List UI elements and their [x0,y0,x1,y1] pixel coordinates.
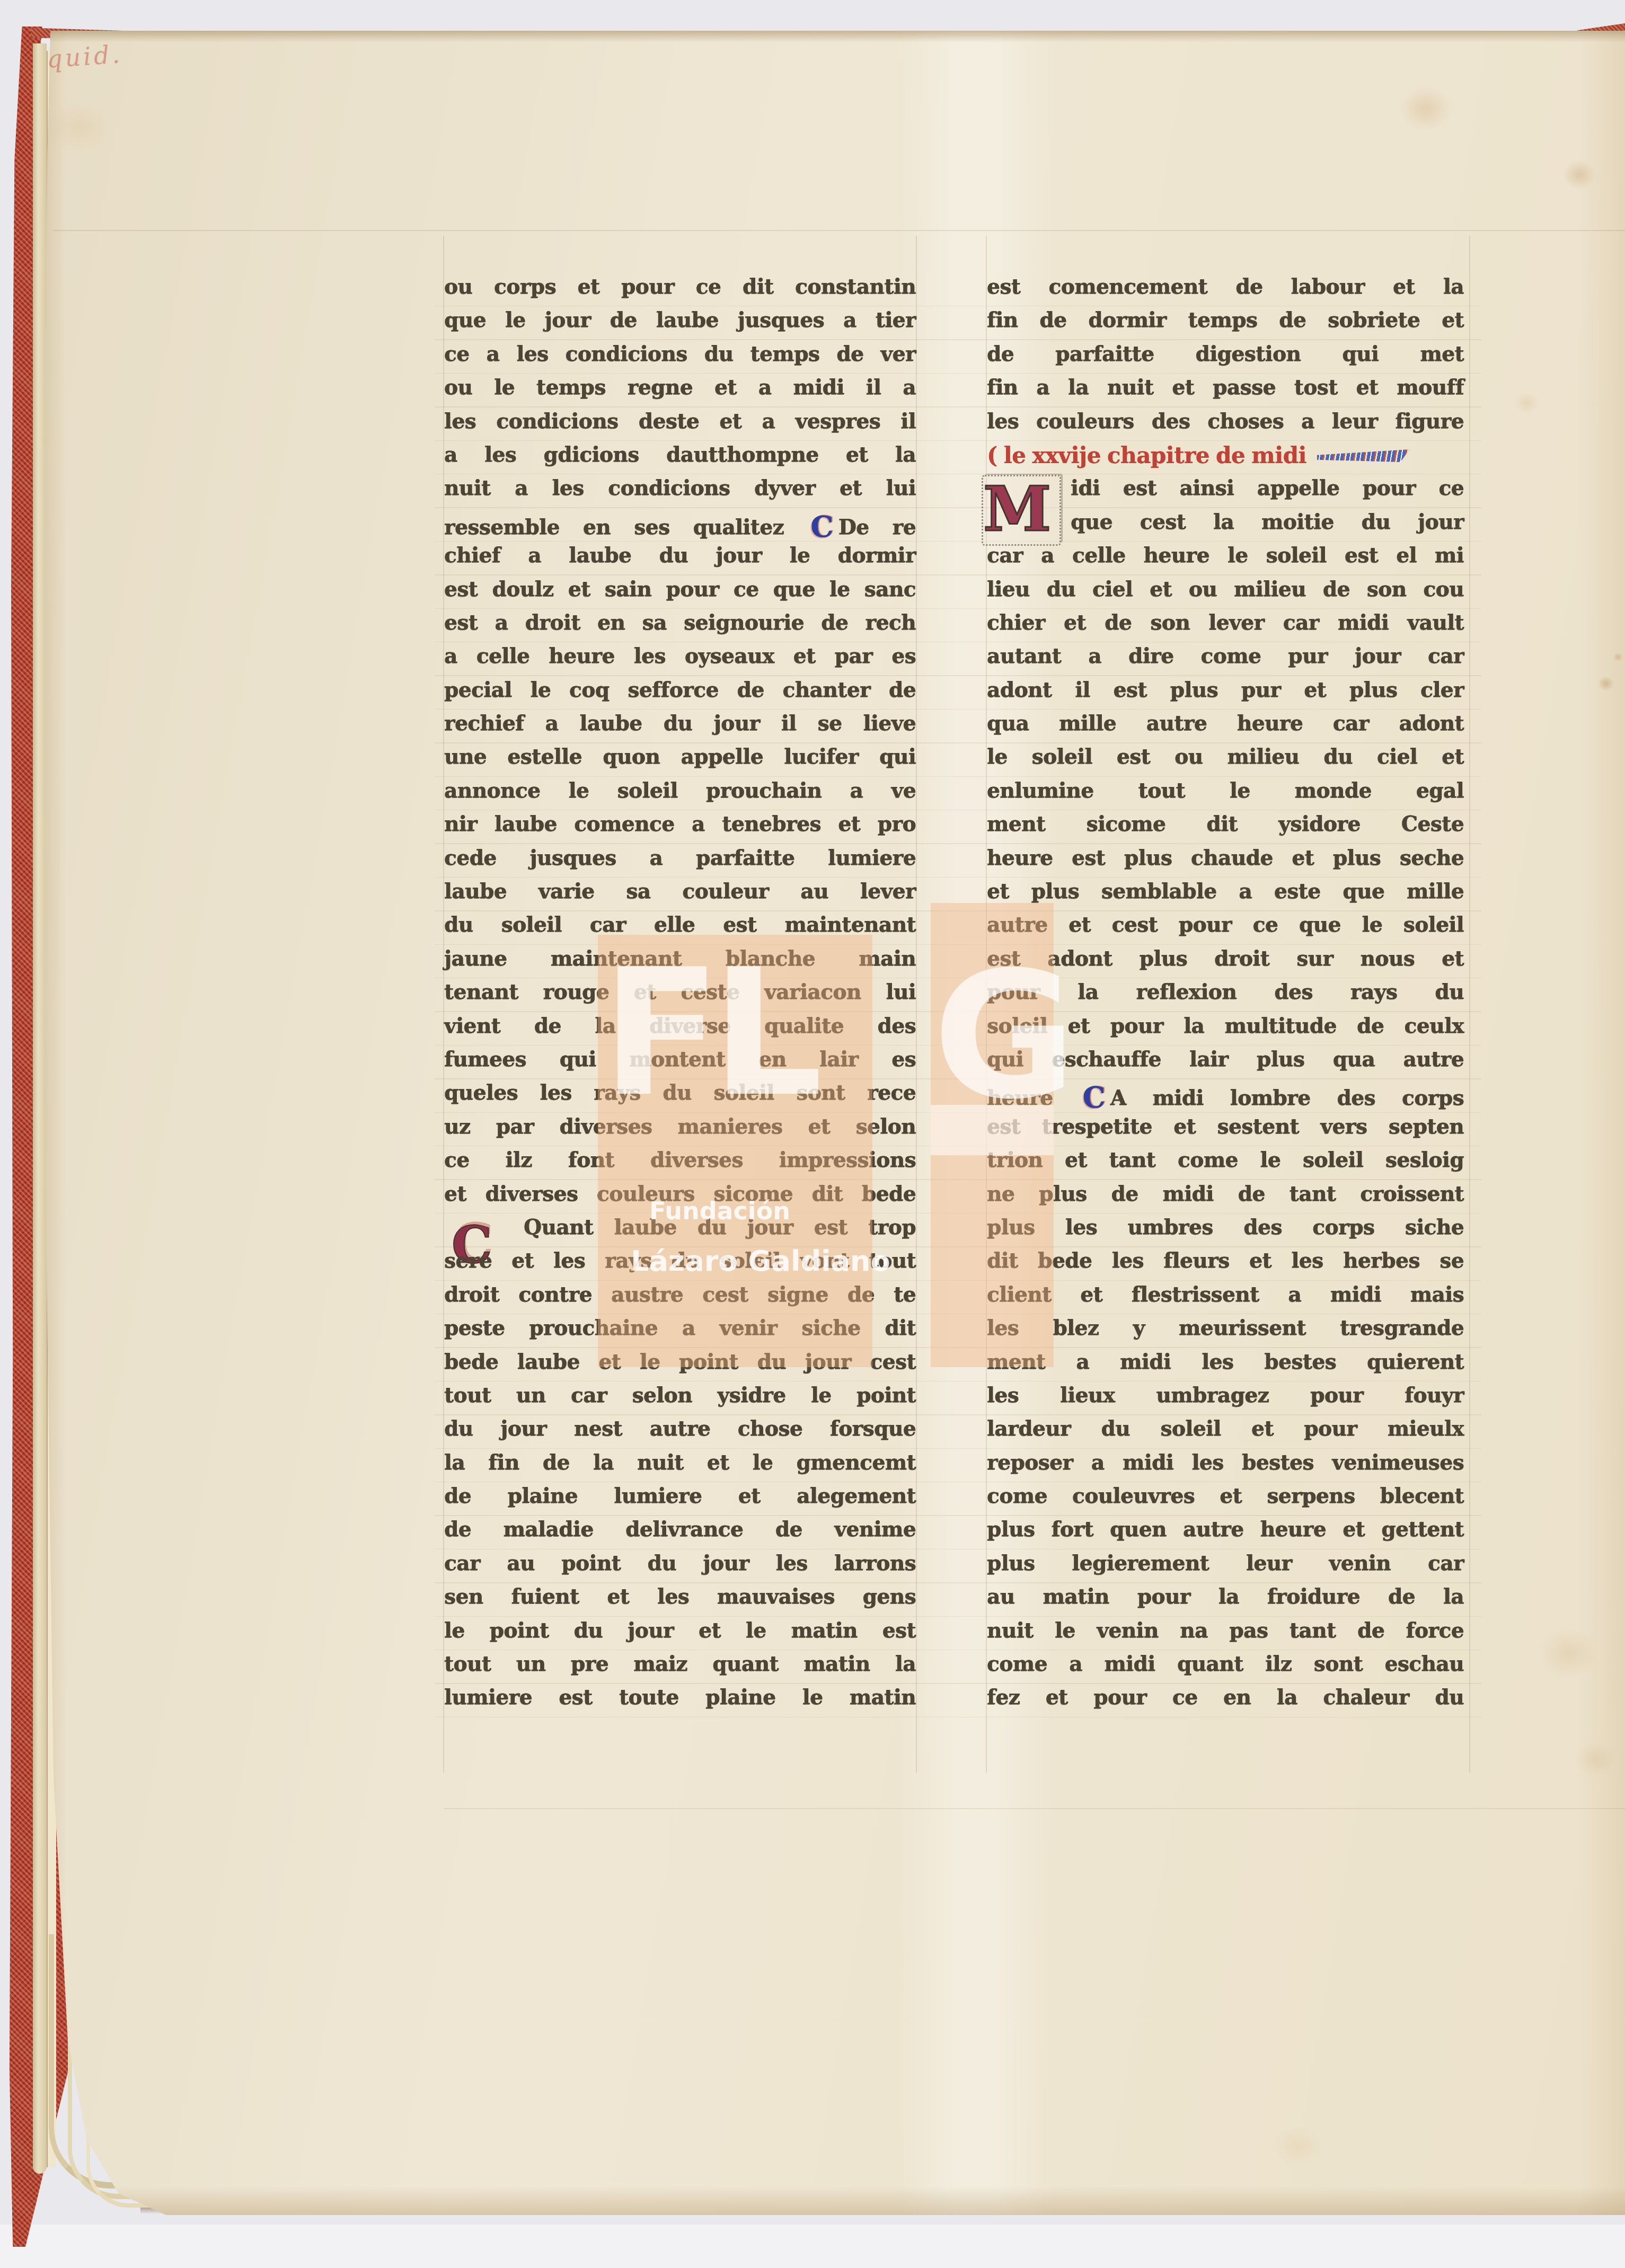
folio-inscription: quid. [46,40,123,74]
ruling-line [444,1808,1625,1809]
manuscript-text-line: ce ilz font diverses impressions [444,1148,916,1181]
manuscript-text-line: pecial le coq sefforce de chanter de [444,678,916,711]
manuscript-text-line: droit contre austre cest signe de te [444,1282,916,1316]
manuscript-text-line: tenant rouge et ceste variacon lui [444,980,916,1013]
manuscript-text-line: fin de dormir temps de sobriete et [987,308,1464,341]
manuscript-text-line: fin a la nuit et passe tost et mouff [987,375,1464,409]
manuscript-text-line: vient de la diverse qualite des [444,1014,916,1047]
manuscript-text-line: dit bede les fleurs et les herbes se [987,1248,1464,1282]
manuscript-text-line: chier et de son lever car midi vault [987,610,1464,644]
rubric-line-filler-icon [1317,449,1410,462]
manuscript-text-line: plus fort quen autre heure et gettent [987,1517,1464,1551]
manuscript-text-line: que le jour de laube jusques a tier [444,308,916,341]
manuscript-text-line: est doulz et sain pour ce que le sanc [444,577,916,610]
ruling-line [53,230,1625,231]
manuscript-text-line: fez et pour ce en la chaleur du [987,1685,1464,1718]
manuscript-text-line: nuit a les condicions dyver et lui [444,476,916,509]
photo-bottom-strip [0,2225,1625,2268]
manuscript-text-line: ment a midi les bestes quierent [987,1350,1464,1383]
manuscript-text-line: ou le temps regne et a midi il a [444,375,916,409]
manuscript-text-line: rechief a laube du jour il se lieve [444,711,916,745]
manuscript-text-line: a les gdicions dautthompne et la [444,442,916,476]
manuscript-text-line: est adont plus droit sur nous et [987,946,1464,980]
manuscript-text-line: les lieux umbragez pour fouyr [987,1383,1464,1416]
manuscript-text-line: est a droit en sa seignourie de rech [444,610,916,644]
manuscript-text-line: qui eschauffe lair plus qua autre [987,1047,1464,1080]
manuscript-text-line: le soleil est ou milieu du ciel et [987,745,1464,778]
manuscript-text-line: reposer a midi les bestes venimeuses [987,1450,1464,1484]
manuscript-text-line: plus les umbres des corps siche [987,1215,1464,1248]
manuscript-text-line: ressemble en ses qualitez CDe re [444,510,916,543]
manuscript-text-line: jaune maintenant blanche main [444,946,916,980]
manuscript-text-line: bede laube et le point du jour cest [444,1350,916,1383]
manuscript-text-line: heure est plus chaude et plus seche [987,846,1464,879]
manuscript-text-line: ou corps et pour ce dit constantin [444,274,916,308]
manuscript-text-line: autant a dire come pur jour car [987,644,1464,677]
manuscript-text-line: uz par diverses manieres et selon [444,1114,916,1148]
manuscript-text-line: lieu du ciel et ou milieu de son cou [987,577,1464,610]
manuscript-text-line: Quant laube du jour est tropC [444,1215,916,1248]
manuscript-text-line: ne plus de midi de tant croissent [987,1182,1464,1215]
manuscript-text-line: annonce le soleil prouchain a ve [444,778,916,812]
text-column-left: ou corps et pour ce dit constantinque le… [444,274,916,1719]
manuscript-text-line: du jour nest autre chose forsque [444,1416,916,1450]
manuscript-text-line: queles les rays du soleil sont rece [444,1080,916,1114]
manuscript-text-line: car au point du jour les larrons [444,1551,916,1584]
text-column-right: est comencement de labour et lafin de do… [987,274,1464,1719]
manuscript-text-line: le point du jour et le matin est [444,1618,916,1652]
manuscript-photo: quid. ou corps et pour ce dit constantin… [0,0,1625,2268]
manuscript-text-line: peste prouchaine a venir siche dit [444,1316,916,1349]
manuscript-text-line: les condicions deste et a vespres il [444,409,916,442]
chapter-rubric: ( le xxvije chapitre de midi [987,442,1464,476]
manuscript-text-line: de maladie delivrance de venime [444,1517,916,1551]
manuscript-text-line: ment sicome dit ysidore Ceste [987,812,1464,845]
paraph-mark-icon: C [810,510,833,544]
manuscript-text-line: idi est ainsi appelle pour ceM [987,476,1464,509]
manuscript-text-line: sen fuient et les mauvaises gens [444,1584,916,1618]
manuscript-text-line: come a midi quant ilz sont eschau [987,1652,1464,1685]
manuscript-text-line: de plaine lumiere et alegement [444,1484,916,1517]
manuscript-text-line: et diverses couleurs sicome dit bede [444,1182,916,1215]
manuscript-text-line: soleil et pour la multitude de ceulx [987,1014,1464,1047]
manuscript-text-line: cede jusques a parfaitte lumiere [444,846,916,879]
manuscript-text-line: que cest la moitie du jour [987,510,1464,543]
manuscript-text-line: lardeur du soleil et pour mieulx [987,1416,1464,1450]
page-leaf-edges [33,43,47,2174]
manuscript-text-line: une estelle quon appelle lucifer qui [444,745,916,778]
manuscript-text-line: nuit le venin na pas tant de force [987,1618,1464,1652]
manuscript-text-line: autre et cest pour ce que le soleil [987,912,1464,946]
manuscript-text-line: du soleil car elle est maintenant [444,912,916,946]
manuscript-text-line: trion et tant come le soleil sesloig [987,1148,1464,1181]
manuscript-text-line: les blez y meurissent tresgrande [987,1316,1464,1349]
manuscript-text-line: lumiere est toute plaine le matin [444,1685,916,1718]
manuscript-text-line: sere et les rays du soleil vont tout [444,1248,916,1282]
manuscript-text-line: est comencement de labour et la [987,274,1464,308]
manuscript-text-line: a celle heure les oyseaux et par es [444,644,916,677]
manuscript-text-line: les couleurs des choses a leur figure [987,409,1464,442]
manuscript-text-line: car a celle heure le soleil est el mi [987,543,1464,577]
manuscript-text-line: laube varie sa couleur au lever [444,879,916,912]
manuscript-text-line: est trespetite et sestent vers septen [987,1114,1464,1148]
manuscript-text-line: ce a les condicions du temps de ver [444,342,916,375]
manuscript-text-line: heure CA midi lombre des corps [987,1080,1464,1114]
manuscript-text-line: client et flestrissent a midi mais [987,1282,1464,1316]
manuscript-text-line: tout un pre maiz quant matin la [444,1652,916,1685]
manuscript-text-line: la fin de la nuit et le gmencemt [444,1450,916,1484]
manuscript-text-line: plus legierement leur venin car [987,1551,1464,1584]
manuscript-text-line: et plus semblable a este que mille [987,879,1464,912]
manuscript-text-line: come couleuvres et serpens blecent [987,1484,1464,1517]
manuscript-text-line: au matin pour la froidure de la [987,1584,1464,1618]
paraph-mark-icon: C [1082,1080,1105,1114]
manuscript-text-line: tout un car selon ysidre le point [444,1383,916,1416]
manuscript-text-line: de parfaitte digestion qui met [987,342,1464,375]
manuscript-text-line: fumees qui montent en lair es [444,1047,916,1080]
manuscript-text-line: qua mille autre heure car adont [987,711,1464,745]
manuscript-text-line: adont il est plus pur et plus cler [987,678,1464,711]
manuscript-text-line: nir laube comence a tenebres et pro [444,812,916,845]
manuscript-text-line: enlumine tout le monde egal [987,778,1464,812]
manuscript-text-line: chief a laube du jour le dormir [444,543,916,577]
manuscript-text-line: pour la reflexion des rays du [987,980,1464,1013]
